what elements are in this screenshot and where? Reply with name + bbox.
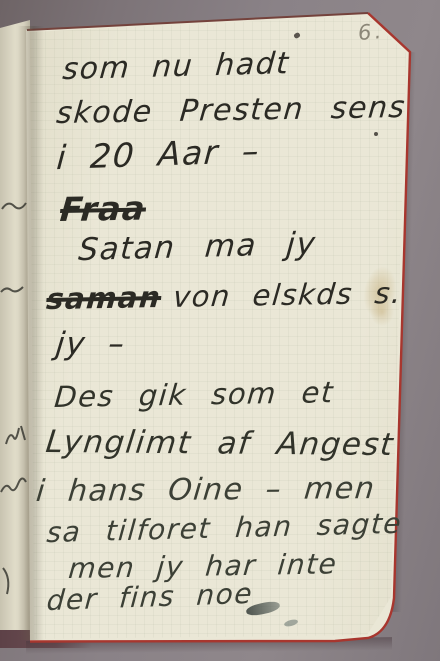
struck-word: saman	[45, 280, 163, 316]
handwriting-line-9: Lynglimt af Angest	[44, 424, 396, 463]
handwriting-line-1: som nu hadt	[61, 46, 291, 87]
handwriting-line-3: i 20 Aar –	[55, 131, 261, 177]
page-number-pencil: 6.	[357, 19, 385, 45]
handwriting-text: i 20 Aar –	[55, 131, 261, 177]
handwriting-line-4: Fraa	[59, 188, 160, 229]
handwriting-text: skode Presten sens	[55, 90, 407, 131]
left-page-ink-fragment	[0, 282, 26, 298]
handwriting-text: von elskds s.	[172, 276, 404, 314]
handwriting-line-2: skode Presten sens	[55, 90, 407, 131]
handwriting-text: Lynglimt af Angest	[44, 424, 396, 463]
handwriting-line-8: Des gik som et	[53, 375, 335, 414]
handwriting-text: Satan ma jy	[77, 226, 318, 268]
left-page-ink-fragment	[0, 566, 16, 596]
gutter-crease-shadow	[18, 26, 44, 640]
left-page-ink-fragment	[0, 466, 28, 500]
struck-word: Fraa	[59, 189, 148, 230]
photo-background: 6. som nu hadt skode Presten sens i 20 A…	[0, 0, 440, 661]
handwriting-text: jy –	[54, 326, 127, 362]
ink-speck	[374, 132, 378, 136]
left-page-ink-fragment	[0, 196, 28, 216]
handwriting-text: Des gik som et	[53, 375, 335, 414]
handwriting-line-5: Satan ma jy	[77, 226, 318, 268]
handwriting-line-7: jy –	[54, 326, 127, 362]
handwriting-text: i hans Oine – men	[35, 471, 378, 509]
handwriting-line-6: samanvon elskds s.	[45, 276, 404, 316]
left-page-ink-fragment	[4, 420, 28, 452]
handwriting-line-10: i hans Oine – men	[35, 471, 378, 509]
handwriting-text: som nu hadt	[61, 46, 291, 87]
